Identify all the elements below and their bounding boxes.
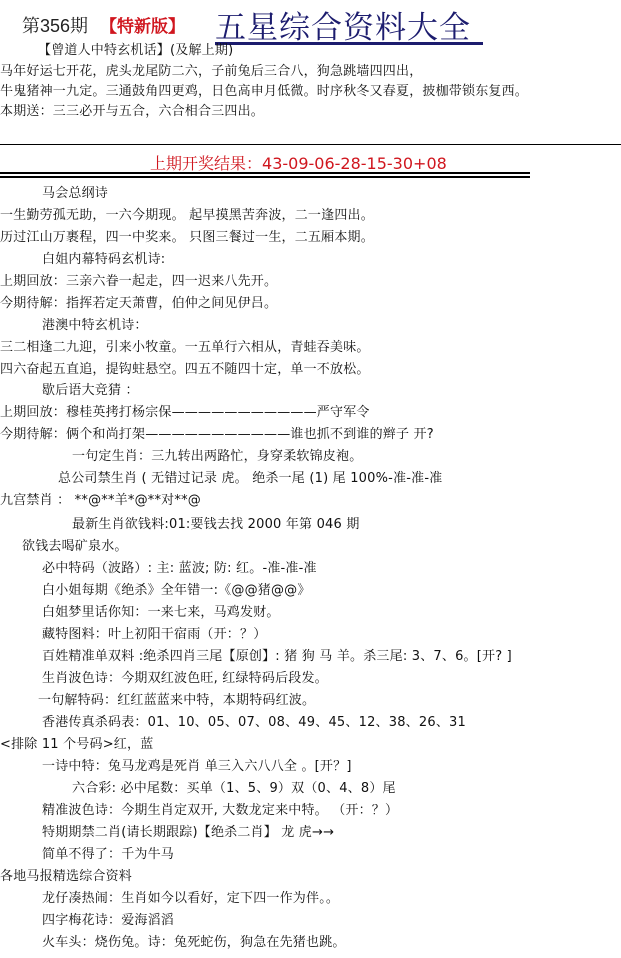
content-line: <排除 11 个号码>红，蓝	[0, 736, 153, 754]
section-heading: 马会总纲诗	[42, 185, 108, 203]
intro-line: 本期送：三三必开与五合，六合相合三四出。	[0, 103, 264, 121]
last-result: 上期开奖结果：43-09-06-28-15-30+08	[150, 151, 447, 174]
last-result-label: 上期开奖结果：	[150, 154, 262, 173]
content-line: 必中特码（波路）: 主: 蓝波; 防: 红。-准-准-准	[42, 560, 317, 578]
content-line: 今期待解：指挥若定天萧曹，伯仲之间见伊吕。	[0, 295, 277, 313]
content-line: 特期期禁二肖(请长期跟踪)【绝杀二肖】 龙 虎→→	[42, 824, 334, 842]
content-line: 一句定生肖：三九转出两路忙，身穿柔软锦皮袍。	[72, 448, 362, 466]
content-line: 四六奋起五直追，提钩蛀悬空。四五不随四十定，单一不放松。	[0, 361, 370, 379]
content-line: 精准波色诗：今期生肖定双开, 大数龙定来中特。 （开：？）	[42, 802, 398, 820]
content-line: 三二相逢二九迎，引来小牧童。一五单行六相从，青蛙吞美味。	[0, 339, 370, 357]
double-divider	[0, 172, 530, 178]
content-line: 四字梅花诗：爱海滔滔	[42, 912, 174, 930]
content-line: 简单不得了：千为牛马	[42, 846, 174, 864]
content-line: 欲钱去喝矿泉水。	[22, 538, 128, 556]
title-underline	[215, 42, 483, 45]
issue-number: 第356期	[22, 12, 88, 38]
content-line: 白姐梦里话你知：一来七来，马鸡发财。	[42, 604, 280, 622]
page-title: 五星综合资料大全	[215, 2, 471, 47]
content-line: 上期回放：穆桂英拷打杨宗保———————————严守军令	[0, 404, 370, 422]
content-line: 六合彩: 必中尾数：买单（1、5、9）双（0、4、8）尾	[72, 780, 396, 798]
intro-heading: 【曾道人中特玄机话】(及解上期)	[38, 42, 233, 60]
section-heading: 歇后语大竞猜 ：	[42, 382, 139, 400]
section-heading: 白姐内幕特码玄机诗:	[42, 251, 165, 269]
intro-line: 牛鬼猪神一九定。三通鼓角四更鸡，日色高申月低微。时序秋冬又春夏，披枷带锁东复西。	[0, 83, 528, 101]
content-line: 藏特图料：叶上初阳干宿雨（开：？）	[42, 626, 266, 644]
content-line: 历过江山万裹程，四一中奖来。 只图三餐过一生，二五厢本期。	[0, 229, 374, 247]
section-heading: 各地马报精选综合资料	[0, 868, 132, 886]
content-line: 一诗中特：兔马龙鸡是死肖 单三入六八八全 。[开？]	[42, 758, 352, 776]
content-line: 生肖波色诗：今期双红波色旺, 红绿特码后段发。	[42, 670, 328, 688]
content-line: 龙仔凑热闹：生肖如今以看好，定下四一作为伴。。	[42, 890, 339, 908]
content-line: 总公司禁生肖 ( 无错过记录 虎。 绝杀一尾 (1) 尾 100%-准-准-准	[58, 470, 442, 488]
content-line: 百姓精准单双料 :绝杀四肖三尾【原创】: 猪 狗 马 羊。杀三尾: 3、7、6。…	[42, 648, 512, 666]
divider	[0, 144, 621, 145]
last-result-numbers: 43-09-06-28-15-30+08	[262, 154, 447, 173]
content-line: 一生勤劳孤无助，一六今期现。 起早摸黑苦奔波，二一逢四出。	[0, 207, 374, 225]
edition-badge: 【特新版】	[100, 12, 185, 37]
content-line: 最新生肖欲钱料:01:要钱去找 2000 年第 046 期	[72, 516, 360, 534]
content-line: 九宫禁肖 ： **@**羊*@**对**@	[0, 492, 201, 510]
intro-line: 马年好运七开花，虎头龙尾防二六，子前兔后三合八，狗急跳墙四四出，	[0, 63, 422, 81]
content-line: 今期待解：俩个和尚打架———————————谁也抓不到谁的辫子 开?	[0, 426, 434, 444]
content-line: 上期回放：三亲六眷一起走，四一迟来八先开。	[0, 273, 277, 291]
content-line: 香港传真杀码表：01、10、05、07、08、49、45、12、38、26、31	[42, 714, 466, 732]
content-line: 白小姐每期《绝杀》全年错一:《@@猪@@》	[42, 582, 311, 600]
section-heading: 港澳中特玄机诗：	[42, 317, 148, 335]
content-line: 火车头：烧伤兔。诗：兔死蛇伤，狗急在先猪也跳。	[42, 934, 346, 952]
content-line: 一句解特码：红红蓝蓝来中特，本期特码红波。	[38, 692, 315, 710]
